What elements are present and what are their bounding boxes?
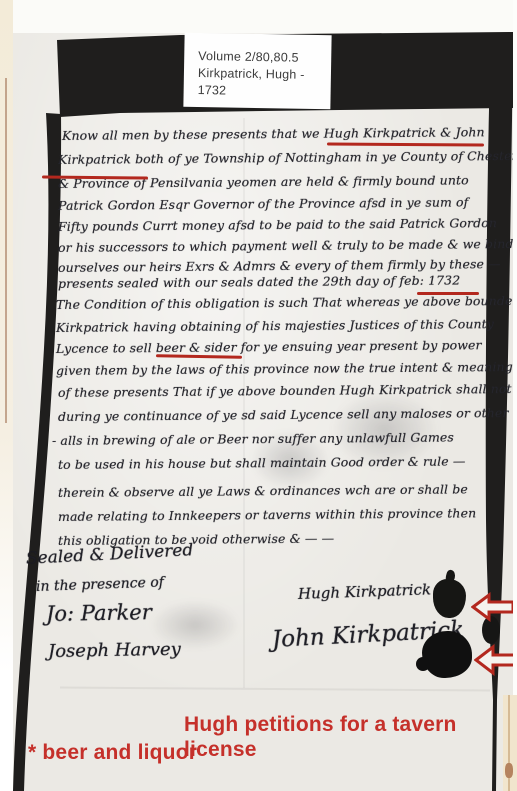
manuscript-line: to be used in his house but shall mainta… — [58, 453, 466, 472]
manuscript-line: Kirkpatrick both of ye Township of Notti… — [58, 148, 517, 167]
scan-edge — [513, 0, 517, 791]
manuscript-line: Lycence to sell beer & sider for ye ensu… — [56, 337, 482, 356]
wax-seal — [422, 631, 472, 678]
book-edge-mark — [505, 763, 513, 778]
manuscript-line: during ye continuance of ye sd said Lyce… — [58, 405, 517, 424]
annotation-beer-liquor: * beer and liquor — [28, 740, 197, 765]
manuscript-line: given them by the laws of this province … — [56, 359, 513, 378]
manuscript-line: or his successors to which payment well … — [58, 236, 514, 255]
manuscript-line: Patrick Gordon Esqr Governor of the Prov… — [58, 194, 468, 213]
manuscript-line: & Province of Pensilvania yeomen are hel… — [58, 172, 469, 191]
red-arrow-icon — [474, 644, 517, 676]
archive-label: Volume 2/80,80.5 Kirkpatrick, Hugh - 173… — [183, 33, 331, 110]
manuscript-line: of these presents That if ye above bound… — [58, 381, 512, 400]
manuscript-line: - alls in brewing of ale or Beer nor suf… — [52, 429, 454, 448]
scanned-document-page: Volume 2/80,80.5 Kirkpatrick, Hugh - 173… — [0, 0, 517, 791]
manuscript-line: Know all men by these presents that we H… — [62, 124, 485, 143]
annotation-tavern-license: Hugh petitions for a tavern license — [184, 712, 476, 762]
manuscript-line: Kirkpatrick having obtaining of his maje… — [56, 316, 494, 335]
red-underline — [417, 292, 479, 295]
red-arrow-icon — [471, 592, 515, 622]
manuscript-line: Fifty pounds Currt money afsd to be paid… — [58, 215, 497, 234]
witness-signature: Jo: Parker — [46, 600, 152, 626]
manuscript-line: therein & observe all ye Laws & ordinanc… — [58, 481, 468, 500]
manuscript-line: presents sealed with our seals dated the… — [58, 272, 460, 291]
attestation-sealed: Sealed & Delivered — [25, 540, 193, 569]
manuscript-line: The Condition of this obligation is such… — [56, 293, 517, 312]
manuscript-line: made relating to Innkeepers or taverns w… — [58, 505, 476, 524]
witness-signature: Joseph Harvey — [48, 639, 181, 662]
archive-label-name: Kirkpatrick, Hugh - 1732 — [198, 65, 332, 101]
signature-hugh-kirkpatrick: Hugh Kirkpatrick — [298, 580, 432, 603]
attestation-presence: in the presence of — [36, 575, 164, 595]
